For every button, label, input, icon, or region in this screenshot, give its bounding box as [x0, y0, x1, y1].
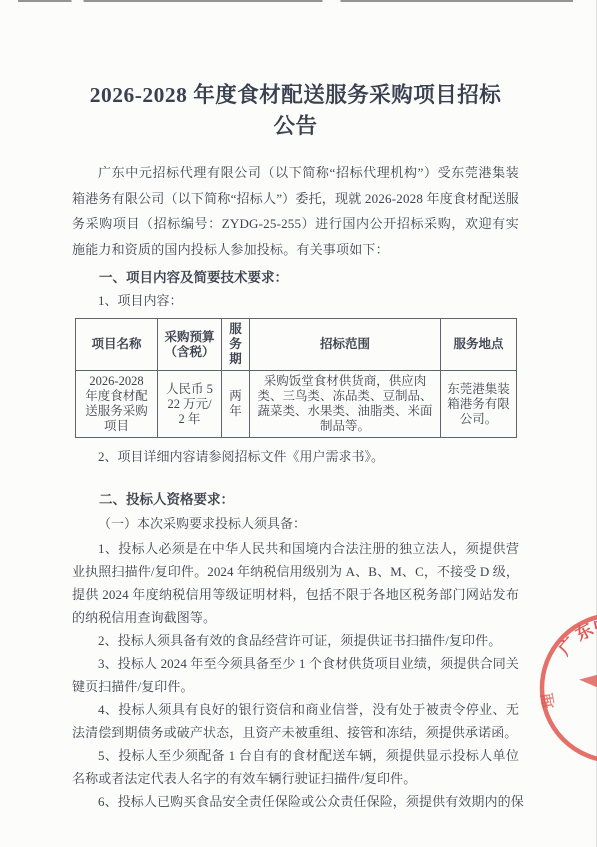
- qualification-item-6: 6、投标人已购买食品安全责任保险或公众责任保险，须提供有效期内的保: [72, 790, 519, 813]
- page-title: 2026-2028 年度食材配送服务采购项目招标 公告: [72, 80, 519, 142]
- qualification-item-4: 4、投标人须具有良好的银行资信和商业信誉，没有处于被责令停业、无法清偿到期债务或…: [72, 698, 519, 744]
- table-row: 2026-2028 年度食材配 送服务采购 项目 人民币 5 22 万元/ 2 …: [76, 371, 517, 438]
- header-service-location: 服务地点: [441, 319, 517, 371]
- cell-project-name: 2026-2028 年度食材配 送服务采购 项目: [76, 371, 158, 438]
- document-page: 2026-2028 年度食材配送服务采购项目招标 公告 广东中元招标代理有限公司…: [0, 0, 597, 847]
- section1-item2-note: 2、项目详细内容请参阅招标文件《用户需求书》。: [72, 445, 519, 468]
- table-row: 项目名称 采购预算 （含税） 服务期 招标范围 服务地点: [76, 319, 517, 371]
- scan-artifact-top-edge: [0, 0, 597, 2]
- qualification-item-2: 2、投标人须具备有效的食品经营许可证，须提供证书扫描件/复印件。: [72, 629, 519, 652]
- header-budget: 采购预算 （含税）: [158, 319, 222, 371]
- qualification-item-5: 5、投标人至少须配备 1 台自有的食材配送车辆，须提供显示投标人单位名称或者法定…: [72, 744, 519, 790]
- header-bid-scope: 招标范围: [250, 319, 441, 371]
- header-project-name: 项目名称: [76, 319, 158, 371]
- cell-bid-scope: 采购饭堂食材供货商，供应肉类、三鸟类、冻品类、豆制品、蔬菜类、水果类、油脂类、米…: [250, 371, 441, 438]
- section2-heading: 二、投标人资格要求：: [72, 488, 519, 511]
- cell-service-period: 两年: [222, 371, 250, 438]
- cell-service-location: 东莞港集装 箱港务有限 公司。: [441, 371, 517, 438]
- project-content-table: 项目名称 采购预算 （含税） 服务期 招标范围 服务地点 2026-2028 年…: [75, 318, 517, 438]
- star-icon: [573, 641, 597, 716]
- table-header-row: 项目名称 采购预算 （含税） 服务期 招标范围 服务地点: [76, 319, 517, 371]
- qualification-items: 1、投标人必须是在中华人民共和国境内合法注册的独立法人，须提供营业执照扫描件/复…: [72, 537, 519, 813]
- cell-budget: 人民币 5 22 万元/ 2 年: [158, 371, 222, 438]
- qualification-item-1: 1、投标人必须是在中华人民共和国境内合法注册的独立法人，须提供营业执照扫描件/复…: [72, 537, 519, 629]
- qualification-item-3: 3、投标人 2024 年至今须具备至少 1 个食材供货项目业绩，须提供合同关键页…: [72, 652, 519, 698]
- section1-heading: 一、项目内容及简要技术要求：: [72, 266, 519, 289]
- official-seal-stamp: 广 东 中 理: [533, 606, 597, 770]
- intro-paragraph: 广东中元招标代理有限公司（以下简称“招标代理机构”）受东莞港集装箱港务有限公司（…: [72, 160, 519, 262]
- section2-subheading: （一）本次采购要求投标人须具备：: [72, 511, 519, 537]
- section1-item1-label: 1、项目内容：: [72, 289, 519, 312]
- header-service-period: 服务期: [222, 319, 250, 371]
